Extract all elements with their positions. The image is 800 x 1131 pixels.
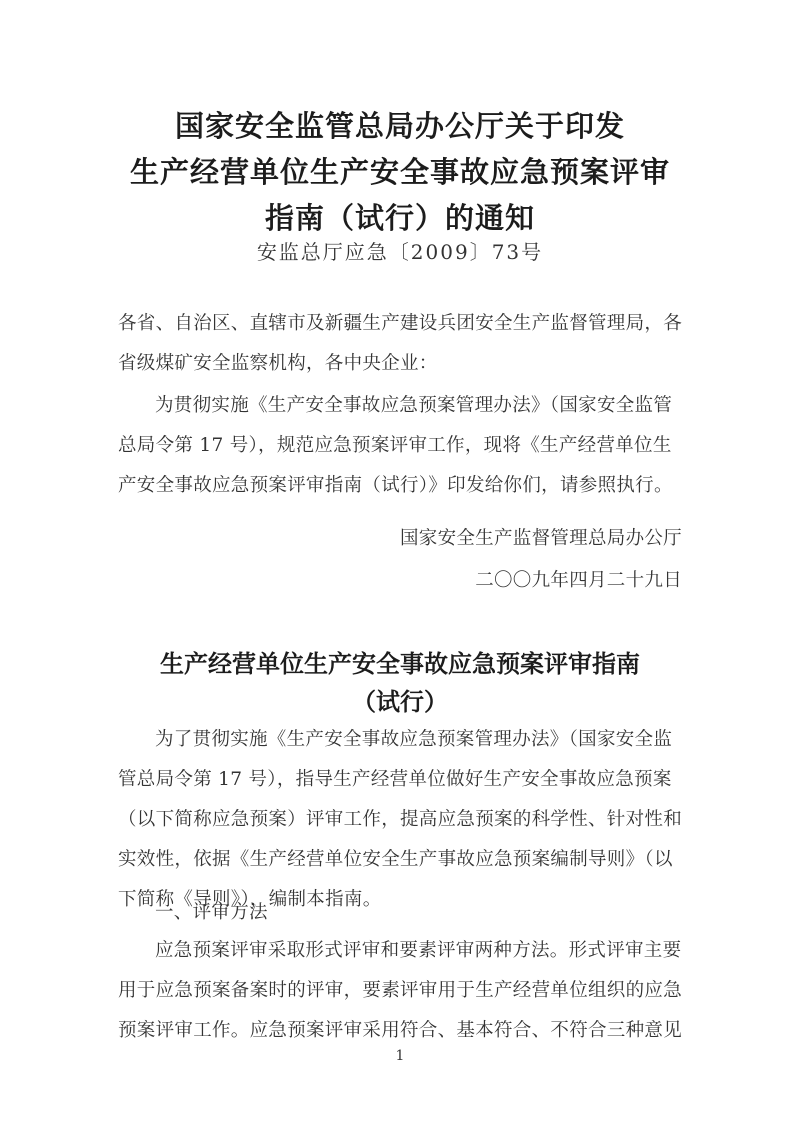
guide-intro-line-1: 为了贯彻实施《生产安全事故应急预案管理办法》（国家安全监 <box>155 725 682 751</box>
guide-title: 生产经营单位生产安全事故应急预案评审指南 <box>0 644 800 679</box>
guide-intro-line-2: 管总局令第 17 号），指导生产经营单位做好生产安全事故应急预案 <box>118 765 682 791</box>
guide-intro-line-4: 实效性，依据《生产经营单位安全生产事故应急预案编制导则》（以 <box>118 845 682 871</box>
section-1-line-1: 应急预案评审采取形式评审和要素评审两种方法。形式评审主要 <box>155 936 682 962</box>
section-1-line-2: 用于应急预案备案时的评审，要素评审用于生产经营单位组织的应急 <box>118 976 682 1002</box>
guide-title-suffix: （试行） <box>0 682 800 717</box>
notice-body-line-2: 总局令第 17 号），规范应急预案评审工作，现将《生产经营单位生 <box>118 431 682 457</box>
notice-title-line-2: 生产经营单位生产安全事故应急预案评审 <box>0 150 800 191</box>
page-number: 1 <box>0 1048 800 1064</box>
section-1-line-3: 预案评审工作。应急预案评审采用符合、基本符合、不符合三种意见 <box>118 1016 682 1042</box>
issue-date: 二〇〇九年四月二十九日 <box>118 566 682 592</box>
issuer: 国家安全生产监督管理总局办公厅 <box>118 524 682 550</box>
guide-intro-line-3: （以下简称应急预案）评审工作，提高应急预案的科学性、针对性和 <box>118 805 682 831</box>
section-1-heading: 一、评审方法 <box>155 898 682 924</box>
document-page: 国家安全监管总局办公厅关于印发 生产经营单位生产安全事故应急预案评审 指南（试行… <box>0 0 800 1131</box>
notice-title-line-3: 指南（试行）的通知 <box>0 196 800 237</box>
notice-title-line-1: 国家安全监管总局办公厅关于印发 <box>0 104 800 145</box>
notice-body-line-1: 为贯彻实施《生产安全事故应急预案管理办法》（国家安全监管 <box>155 391 682 417</box>
addressee-line-1: 各省、自治区、直辖市及新疆生产建设兵团安全生产监督管理局，各 <box>118 309 682 335</box>
document-number: 安监总厅应急〔2009〕73号 <box>0 236 800 265</box>
notice-body-line-3: 产安全事故应急预案评审指南（试行）》印发给你们，请参照执行。 <box>118 471 682 497</box>
addressee-line-2: 省级煤矿安全监察机构，各中央企业： <box>118 349 682 375</box>
